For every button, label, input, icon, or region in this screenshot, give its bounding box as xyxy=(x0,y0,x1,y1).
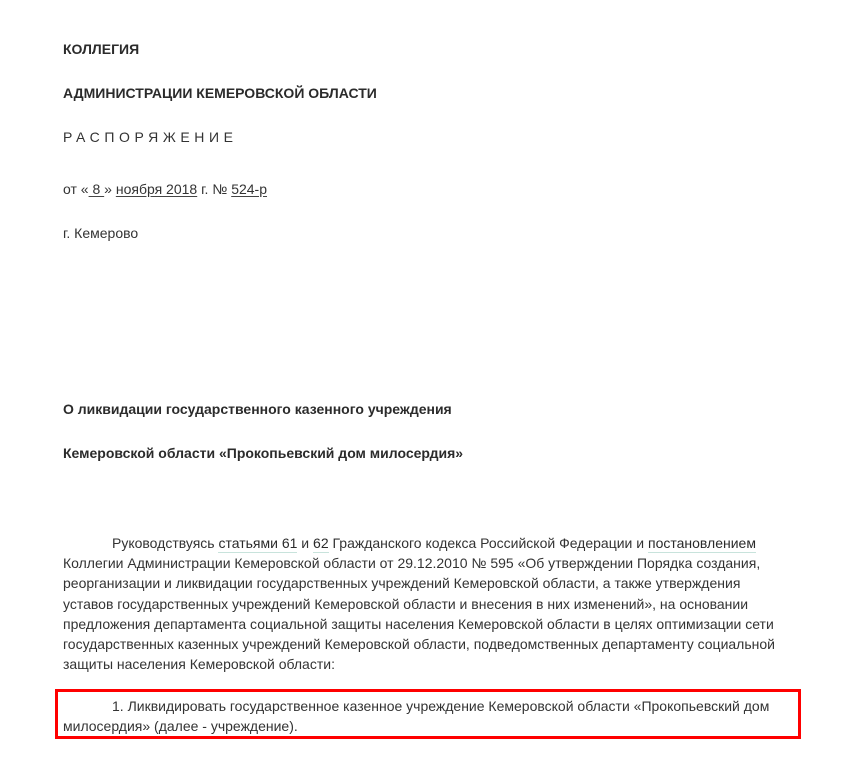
document-number: 524-р xyxy=(231,181,267,197)
link-civil-code-article-62[interactable]: 62 xyxy=(313,535,329,553)
preamble-text-end: Коллегии Администрации Кемеровской облас… xyxy=(63,555,775,672)
preamble-text-start: Руководствуясь xyxy=(112,535,218,551)
document-type: РАСПОРЯЖЕНИЕ xyxy=(63,127,238,147)
item-1-paragraph: 1. Ликвидировать государственное казенно… xyxy=(63,696,785,736)
org-name-line2: АДМИНИСТРАЦИИ КЕМЕРОВСКОЙ ОБЛАСТИ xyxy=(63,83,377,103)
preamble-paragraph: Руководствуясь статьями 61 и 62 Гражданс… xyxy=(63,533,779,674)
item-1-text: 1. Ликвидировать государственное казенно… xyxy=(63,698,769,734)
preamble-text-and: и xyxy=(297,535,313,551)
document-title-line1: О ликвидации государственного казенного … xyxy=(63,399,452,419)
number-prefix: г. № xyxy=(197,181,231,197)
date-mid: » xyxy=(104,181,116,197)
city: г. Кемерово xyxy=(63,223,138,243)
org-name-line1: КОЛЛЕГИЯ xyxy=(63,39,139,59)
link-civil-code-article-61[interactable]: статьями 61 xyxy=(218,535,297,553)
date-day: 8 xyxy=(89,181,105,197)
date-prefix: от « xyxy=(63,181,89,197)
date-number-line: от « 8 » ноября 2018 г. № 524-р xyxy=(63,179,267,199)
document-title-line2: Кемеровской области «Прокопьевский дом м… xyxy=(63,443,463,463)
date-month-year: ноября 2018 xyxy=(116,181,197,197)
preamble-text-mid: Гражданского кодекса Российской Федераци… xyxy=(329,535,648,551)
link-resolution[interactable]: постановлением xyxy=(648,535,756,553)
